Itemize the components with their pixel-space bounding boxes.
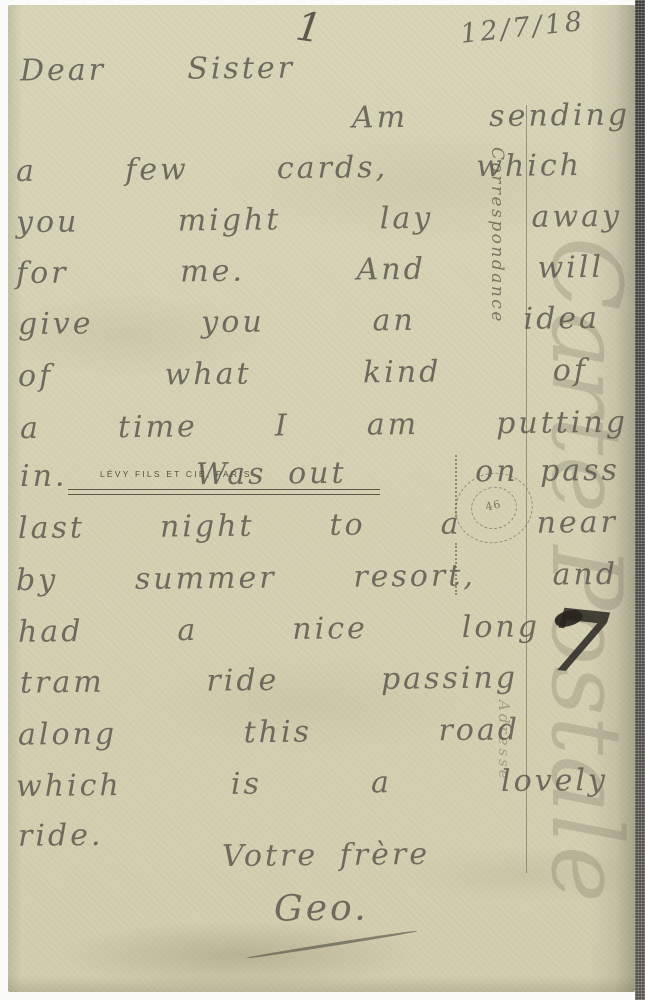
scan-book-edge bbox=[635, 0, 645, 1000]
handwritten-line-1: DearSister bbox=[20, 52, 295, 88]
handwritten-word: Was out bbox=[196, 457, 347, 492]
handwritten-line-12: hadanicelong bbox=[18, 610, 540, 648]
handwritten-word: in. bbox=[20, 460, 68, 493]
handwritten-line-15: whichisalovely bbox=[16, 764, 608, 803]
handwritten-word: and bbox=[552, 558, 618, 592]
handwritten-word: me. bbox=[180, 255, 245, 289]
handwritten-word: ride. bbox=[18, 819, 104, 853]
handwritten-word: a bbox=[20, 412, 41, 445]
handwritten-word: nice bbox=[292, 612, 368, 646]
handwritten-word: will bbox=[537, 251, 604, 285]
handwritten-word: am bbox=[367, 408, 420, 442]
handwritten-word: a bbox=[371, 766, 392, 799]
handwritten-word: road bbox=[438, 713, 520, 747]
handwritten-line-18: Geo. bbox=[274, 888, 394, 929]
handwritten-word: had bbox=[18, 615, 84, 649]
handwritten-word: a bbox=[16, 155, 37, 188]
handwritten-word: of bbox=[553, 354, 589, 387]
handwritten-word: idea bbox=[523, 302, 600, 336]
handwritten-line-2: Amsending bbox=[352, 99, 630, 135]
handwritten-word: ride bbox=[206, 664, 279, 698]
signature-flourish bbox=[247, 930, 417, 959]
handwritten-word: cards, bbox=[277, 151, 389, 185]
handwritten-word: for bbox=[16, 257, 69, 291]
handwritten-word: And bbox=[356, 253, 426, 287]
handwritten-line-6: giveyouanidea bbox=[18, 302, 600, 341]
handwritten-word: lovely bbox=[501, 764, 608, 798]
scanned-postcard-page: Correspondance Adresse Carte Postale LÉV… bbox=[0, 0, 645, 1000]
handwritten-line-4: youmightlayaway bbox=[16, 200, 622, 239]
handwritten-word: give bbox=[18, 307, 94, 341]
handwritten-word: near bbox=[536, 506, 618, 540]
handwritten-line-5: forme.Andwill bbox=[16, 251, 604, 290]
handwritten-word: I bbox=[275, 409, 290, 442]
handwritten-word: along bbox=[18, 718, 117, 752]
handwritten-line-7: ofwhatkindof bbox=[18, 354, 588, 393]
handwritten-word: is bbox=[231, 768, 262, 801]
handwritten-line-17: Votrefrère bbox=[222, 838, 430, 873]
handwritten-line-13: tramridepassing bbox=[20, 661, 518, 699]
handwritten-word: passing bbox=[381, 661, 518, 695]
handwritten-word: which bbox=[16, 769, 122, 803]
handwritten-word: putting bbox=[496, 406, 628, 440]
handwritten-word: last bbox=[18, 511, 85, 545]
handwritten-line-8: atimeIamputting bbox=[20, 406, 628, 445]
ink-mark-seven: 7 bbox=[544, 597, 613, 689]
handwritten-word: to bbox=[329, 509, 365, 542]
handwritten-word: Am bbox=[352, 101, 408, 135]
handwritten-word: time bbox=[118, 410, 198, 444]
handwritten-word: which bbox=[476, 149, 582, 183]
handwritten-word: of bbox=[18, 360, 54, 393]
handwritten-word: Dear bbox=[20, 54, 106, 88]
handwritten-word: what bbox=[164, 358, 251, 392]
handwritten-word: a bbox=[177, 614, 198, 647]
handwritten-word: night bbox=[160, 510, 255, 544]
handwritten-line-9: in.Was outon pass bbox=[20, 454, 620, 493]
handwritten-line-10: lastnighttoanear bbox=[18, 506, 618, 545]
handwritten-line-0: 12/7/18 bbox=[459, 2, 631, 49]
handwritten-line-16: ride. bbox=[18, 818, 168, 853]
handwritten-word: kind bbox=[363, 356, 442, 390]
handwritten-word: Geo. bbox=[274, 889, 369, 930]
handwritten-word: might bbox=[178, 203, 282, 237]
handwritten-word: you bbox=[16, 206, 80, 240]
handwritten-word: summer bbox=[135, 561, 277, 595]
handwritten-line-14: alongthisroad bbox=[18, 713, 520, 751]
handwritten-word: an bbox=[372, 304, 416, 337]
handwritten-word: a bbox=[441, 507, 462, 540]
handwritten-word: you bbox=[201, 305, 265, 339]
handwritten-word: away bbox=[531, 200, 622, 234]
handwritten-word: this bbox=[243, 716, 312, 750]
handwritten-word: tram bbox=[20, 666, 105, 700]
handwritten-word: long bbox=[462, 610, 541, 644]
handwritten-line-3: afewcards,which bbox=[16, 149, 582, 188]
handwritten-word: resort, bbox=[353, 559, 476, 593]
handwritten-word: sending bbox=[489, 99, 630, 133]
handwritten-word: by bbox=[16, 564, 58, 597]
page-number-mark: 1 bbox=[293, 3, 325, 52]
handwritten-line-11: bysummerresort,and bbox=[16, 558, 618, 597]
postcard-back: Correspondance Adresse Carte Postale LÉV… bbox=[8, 5, 635, 992]
handwritten-word: 12/7/18 bbox=[459, 7, 587, 50]
handwritten-word: frère bbox=[340, 838, 431, 872]
handwritten-word: lay bbox=[380, 202, 434, 236]
handwritten-word: Sister bbox=[187, 52, 295, 86]
handwritten-word: on pass bbox=[475, 454, 620, 489]
handwritten-word: few bbox=[125, 153, 189, 187]
handwritten-word: Votre bbox=[222, 839, 318, 873]
